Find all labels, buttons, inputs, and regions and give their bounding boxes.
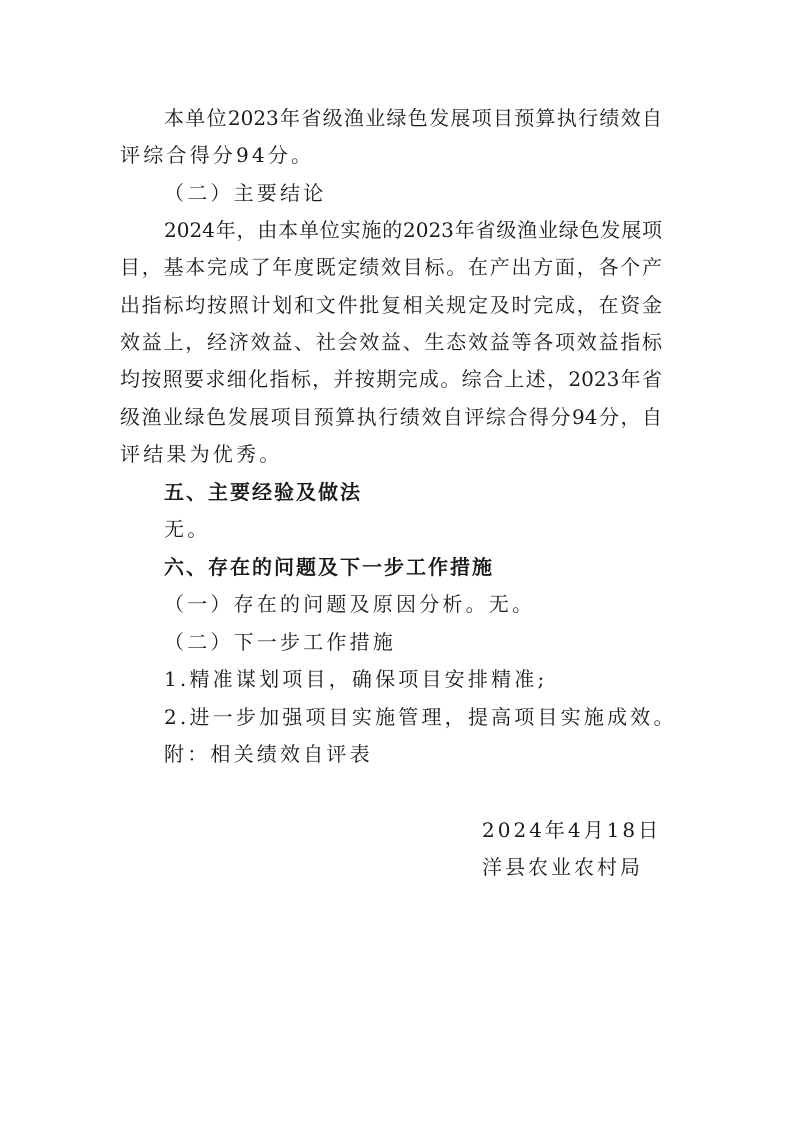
section5-body: 无。 bbox=[164, 511, 210, 548]
intro-line-2: 评综合得分94分。 bbox=[120, 137, 314, 174]
conclusion-line: 均按照要求细化指标，并按期完成。综合上述，2023年省 bbox=[120, 361, 662, 398]
signature-org: 洋县农业农村局 bbox=[482, 849, 643, 886]
conclusion-line: 2024年，由本单位实施的2023年省级渔业绿色发展项 bbox=[164, 212, 662, 249]
section6-heading: 六、存在的问题及下一步工作措施 bbox=[164, 549, 494, 586]
conclusion-line: 效益上，经济效益、社会效益、生态效益等各项效益指标 bbox=[120, 324, 662, 361]
section6-sub1: （一）存在的问题及原因分析。无。 bbox=[164, 586, 535, 623]
attachment-note: 附：相关绩效自评表 bbox=[164, 736, 373, 773]
conclusion-line: 评结果为优秀。 bbox=[120, 436, 282, 473]
conclusion-line: 目，基本完成了年度既定绩效目标。在产出方面，各个产 bbox=[120, 249, 662, 286]
conclusion-heading: （二）主要结论 bbox=[164, 175, 326, 212]
intro-line-1: 本单位2023年省级渔业绿色发展项目预算执行绩效自 bbox=[164, 100, 662, 137]
signature-date: 2024年4月18日 bbox=[482, 812, 661, 849]
section6-sub2: （二）下一步工作措施 bbox=[164, 624, 396, 661]
measure-item-1: 1.精准谋划项目，确保项目安排精准; bbox=[164, 661, 547, 698]
conclusion-line: 出指标均按照计划和文件批复相关规定及时完成，在资金 bbox=[120, 287, 662, 324]
conclusion-line: 级渔业绿色发展项目预算执行绩效自评综合得分94分，自 bbox=[120, 399, 662, 436]
measure-item-2: 2.进一步加强项目实施管理，提高项目实施成效。 bbox=[164, 699, 677, 736]
section5-heading: 五、主要经验及做法 bbox=[164, 474, 362, 511]
